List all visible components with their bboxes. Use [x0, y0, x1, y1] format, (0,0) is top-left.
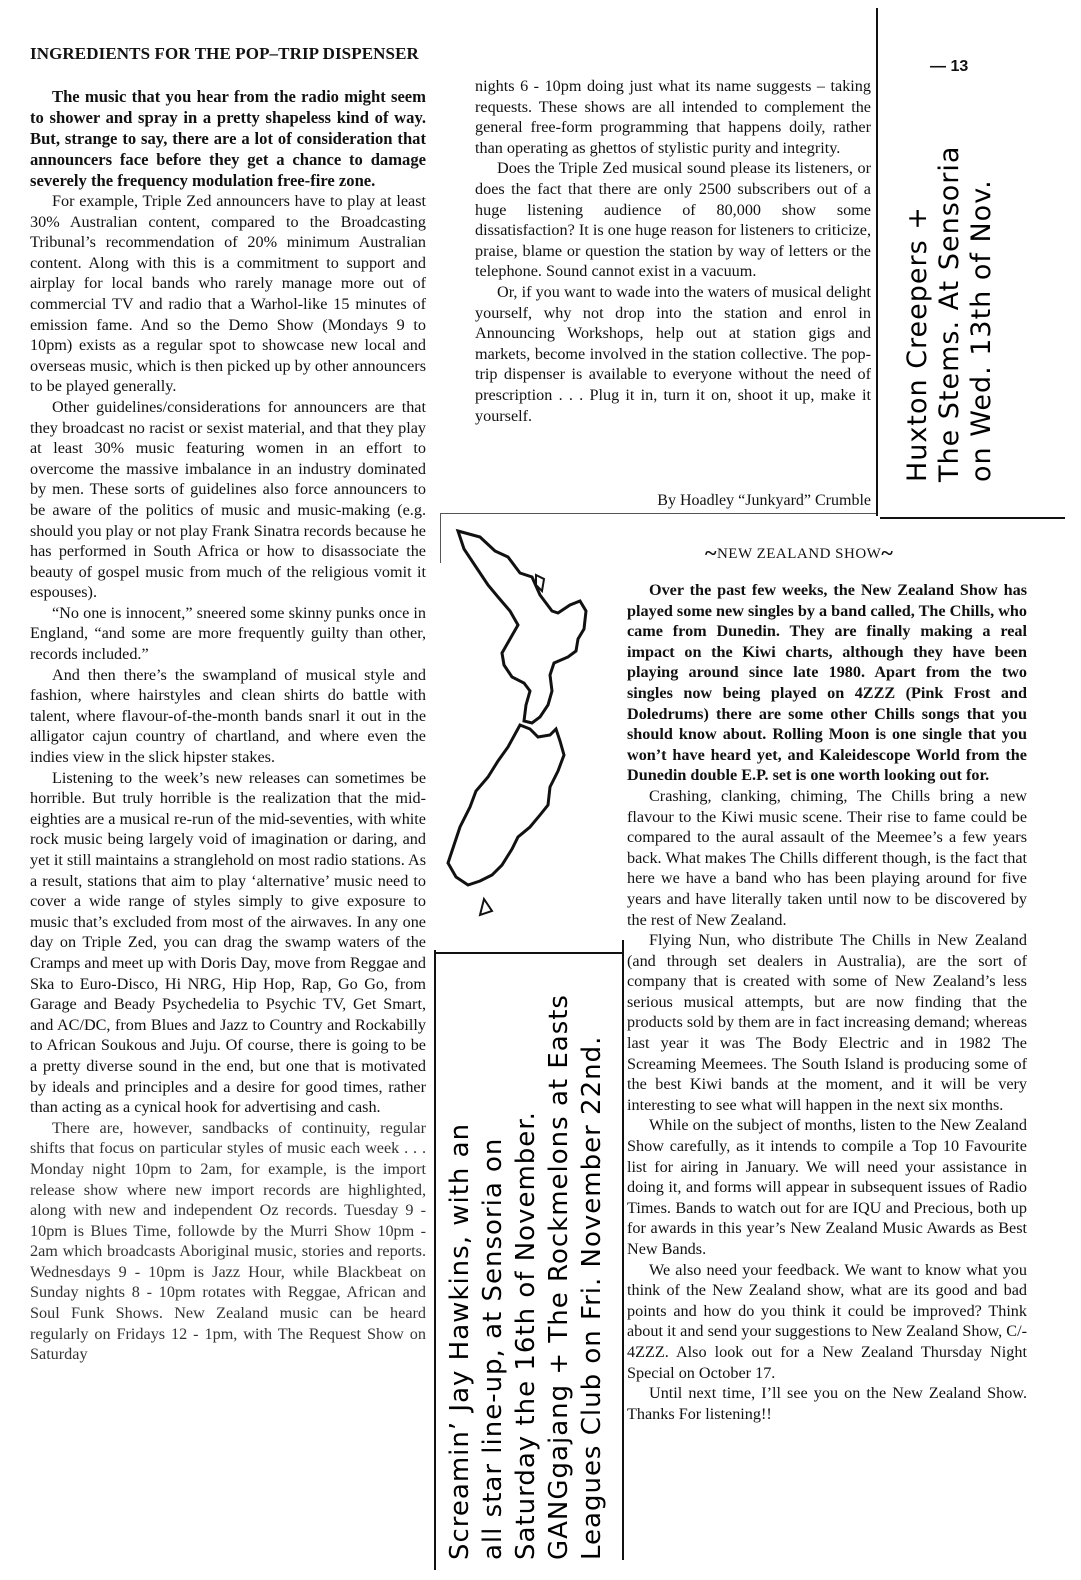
handwritten-line: all star line-up, at Sensoria on: [477, 994, 510, 1560]
article2-paragraph: While on the subject of months, listen t…: [627, 1115, 1027, 1259]
article2-lead: Over the past few weeks, the New Zealand…: [627, 580, 1027, 786]
page-number: — 13: [930, 58, 968, 76]
article2-column: Over the past few weeks, the New Zealand…: [627, 580, 1027, 1424]
article1-paragraph: “No one is innocent,” sneered some skinn…: [30, 603, 426, 665]
divider-vertical: [622, 940, 624, 1560]
article1-paragraph: Listening to the week’s new releases can…: [30, 768, 426, 1118]
article1-continued: nights 6 - 10pm doing just what its name…: [475, 76, 871, 158]
article2-paragraph: Flying Nun, who distribute The Chills in…: [627, 930, 1027, 1115]
handwritten-note-middle: Screamin’ Jay Hawkins, with an all star …: [444, 994, 609, 1560]
article1-column-right: nights 6 - 10pm doing just what its name…: [475, 76, 871, 426]
tilde-ornament-icon: ~: [881, 540, 893, 565]
handwritten-note-top: Huxton Creepers + The Stems. At Sensoria…: [902, 146, 998, 482]
divider-vertical: [876, 8, 878, 516]
article2-title-text: NEW ZEALAND SHOW: [717, 546, 881, 562]
article1-continued: Or, if you want to wade into the waters …: [475, 282, 871, 426]
byline: By Hoadley “Junkyard” Crumble: [615, 492, 871, 510]
divider-horizontal: [436, 952, 622, 954]
article1-paragraph: For example, Triple Zed announcers have …: [30, 191, 426, 397]
handwritten-line: Saturday the 16th of November.: [510, 994, 543, 1560]
article1-paragraph: Other guidelines/considerations for anno…: [30, 397, 426, 603]
article1-paragraph: There are, however, sandbacks of continu…: [30, 1118, 426, 1365]
handwritten-line: on Wed. 13th of Nov.: [966, 146, 998, 482]
article-title: INGREDIENTS FOR THE POP–TRIP DISPENSER: [30, 44, 430, 64]
handwritten-line: Leagues Club on Fri. November 22nd.: [576, 994, 609, 1560]
article1-column-left: The music that you hear from the radio m…: [30, 86, 426, 1365]
article2-title: ~NEW ZEALAND SHOW~: [705, 540, 985, 566]
divider-vertical: [434, 950, 436, 1570]
handwritten-line: Huxton Creepers +: [902, 146, 934, 482]
new-zealand-map: [440, 515, 625, 935]
article1-paragraph: And then there’s the swampland of musica…: [30, 665, 426, 768]
handwritten-line: GANGgajang + The Rockmelons at Easts: [543, 994, 576, 1560]
divider-horizontal: [440, 513, 876, 514]
article2-paragraph: Crashing, clanking, chiming, The Chills …: [627, 786, 1027, 930]
article1-continued: Does the Triple Zed musical sound please…: [475, 158, 871, 282]
handwritten-line: The Stems. At Sensoria: [934, 146, 966, 482]
article2-paragraph: Until next time, I’ll see you on the New…: [627, 1383, 1027, 1424]
divider-horizontal: [880, 517, 1065, 519]
article2-paragraph: We also need your feedback. We want to k…: [627, 1260, 1027, 1384]
handwritten-line: Screamin’ Jay Hawkins, with an: [444, 994, 477, 1560]
article1-lead: The music that you hear from the radio m…: [30, 86, 426, 191]
tilde-ornament-icon: ~: [705, 540, 717, 565]
